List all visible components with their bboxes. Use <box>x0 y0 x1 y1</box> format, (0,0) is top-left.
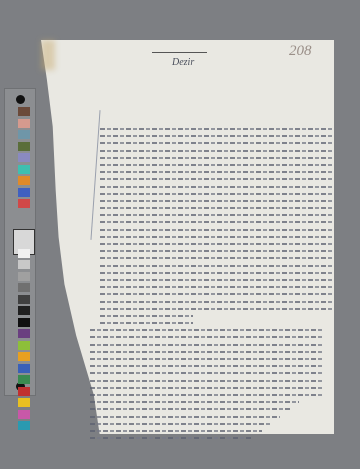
color-patch <box>18 272 30 281</box>
strip-hole-top <box>16 95 25 104</box>
handwritten-line <box>100 322 193 324</box>
handwritten-line <box>100 236 332 238</box>
handwritten-line <box>100 193 332 195</box>
color-patch <box>18 375 30 384</box>
handwritten-line <box>100 135 332 137</box>
color-patch <box>18 283 30 292</box>
handwritten-line <box>100 257 332 259</box>
color-patch <box>18 295 30 304</box>
handwritten-line <box>90 365 322 367</box>
handwritten-line <box>100 286 332 288</box>
handwritten-line <box>90 358 322 360</box>
color-patch <box>18 260 30 269</box>
handwritten-line <box>100 214 332 216</box>
handwritten-line <box>100 164 332 166</box>
color-patch <box>18 176 30 185</box>
color-patch <box>18 107 30 116</box>
handwritten-line <box>90 423 271 425</box>
handwritten-line <box>100 186 332 188</box>
handwritten-line <box>90 416 280 418</box>
color-patch <box>18 329 30 338</box>
handwritten-line <box>90 344 322 346</box>
handwritten-line <box>100 315 193 317</box>
color-patch <box>18 341 30 350</box>
handwritten-line <box>100 250 332 252</box>
color-patch <box>18 130 30 139</box>
handwritten-line <box>100 301 332 303</box>
color-patch <box>18 398 30 407</box>
color-calibration-strip <box>4 88 36 396</box>
handwritten-text-block <box>100 128 332 444</box>
handwritten-line <box>90 408 290 410</box>
color-patch <box>18 410 30 419</box>
folio-number: 208 <box>289 43 312 60</box>
handwritten-line <box>90 336 322 338</box>
handwritten-line <box>90 387 322 389</box>
handwritten-line <box>90 401 299 403</box>
handwritten-line <box>100 308 332 310</box>
handwritten-line <box>90 430 262 432</box>
handwritten-line <box>100 178 332 180</box>
color-patch <box>18 249 30 258</box>
color-patch <box>18 165 30 174</box>
handwritten-line <box>100 279 332 281</box>
handwritten-line <box>100 221 332 223</box>
handwritten-line <box>90 394 322 396</box>
handwritten-line <box>100 243 332 245</box>
heading-rule <box>152 52 207 53</box>
color-patch <box>18 153 30 162</box>
color-patch <box>18 306 30 315</box>
handwritten-line <box>100 157 332 159</box>
handwritten-line <box>100 265 332 267</box>
handwritten-line <box>100 272 332 274</box>
color-patch <box>18 199 30 208</box>
color-patch <box>18 119 30 128</box>
paper-stain <box>41 40 55 70</box>
handwritten-line <box>90 437 252 439</box>
color-patch <box>18 188 30 197</box>
color-patch <box>18 387 30 396</box>
handwritten-line <box>100 293 332 295</box>
color-patch <box>18 364 30 373</box>
handwritten-line <box>100 207 332 209</box>
handwritten-line <box>90 351 322 353</box>
document-heading: Dezir <box>172 57 194 68</box>
handwritten-line <box>100 142 332 144</box>
color-patch <box>18 421 30 430</box>
color-patch <box>18 142 30 151</box>
handwritten-line <box>100 200 332 202</box>
color-patch <box>18 352 30 361</box>
handwritten-line <box>90 372 322 374</box>
handwritten-line <box>90 329 322 331</box>
handwritten-line <box>100 229 332 231</box>
color-patch <box>18 318 30 327</box>
handwritten-line <box>100 171 332 173</box>
handwritten-line <box>100 150 332 152</box>
handwritten-line <box>90 380 322 382</box>
handwritten-line <box>100 128 332 130</box>
